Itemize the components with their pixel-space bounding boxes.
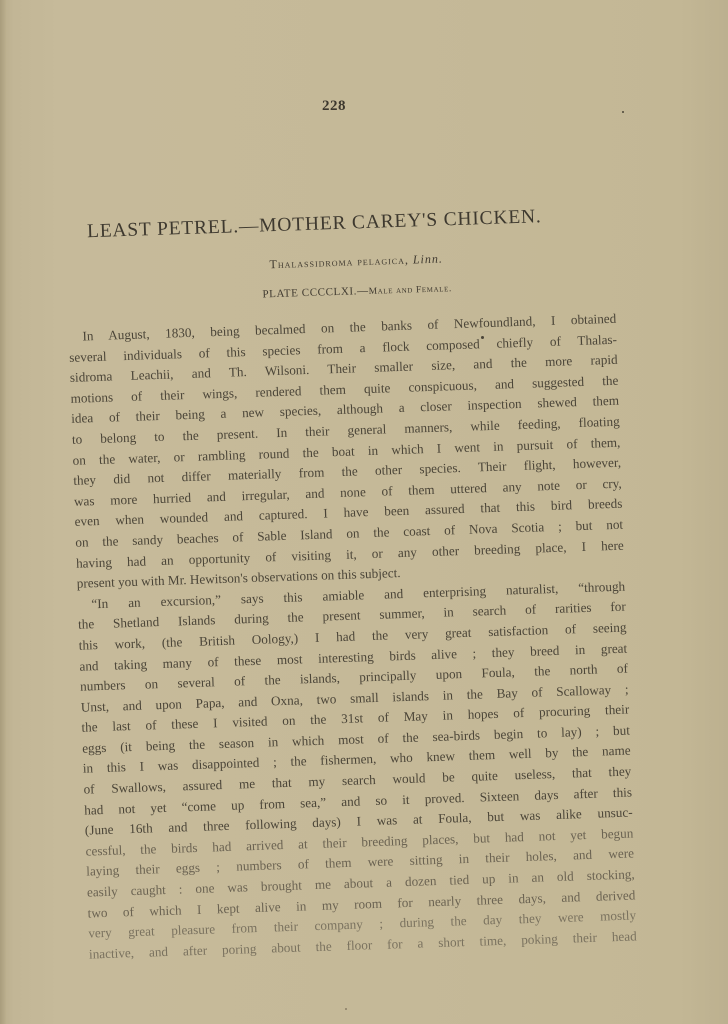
- page-content: LEAST PETREL.—MOTHER CAREY'S CHICKEN. Th…: [64, 181, 649, 965]
- plate-line: PLATE CCCCLXI.—Male and Female.: [87, 276, 627, 306]
- body-text: In August, 1830, being becalmed on the b…: [68, 308, 649, 965]
- paper-speck: [345, 1008, 347, 1010]
- scientific-name-line: Thalassidroma pelagica, Linn.: [86, 245, 626, 278]
- chapter-title: LEAST PETREL.—MOTHER CAREY'S CHICKEN.: [87, 203, 625, 243]
- plate-number: PLATE CCCCLXI.—: [262, 285, 369, 301]
- authority: Linn.: [413, 251, 443, 266]
- paper-speck: [481, 336, 484, 339]
- paper-speck: [622, 111, 624, 113]
- scientific-name: Thalassidroma pelagica,: [269, 253, 409, 272]
- book-page: 228 LEAST PETREL.—MOTHER CAREY'S CHICKEN…: [0, 0, 728, 1024]
- plate-caption: Male and Female.: [368, 284, 452, 297]
- page-number: 228: [322, 98, 346, 115]
